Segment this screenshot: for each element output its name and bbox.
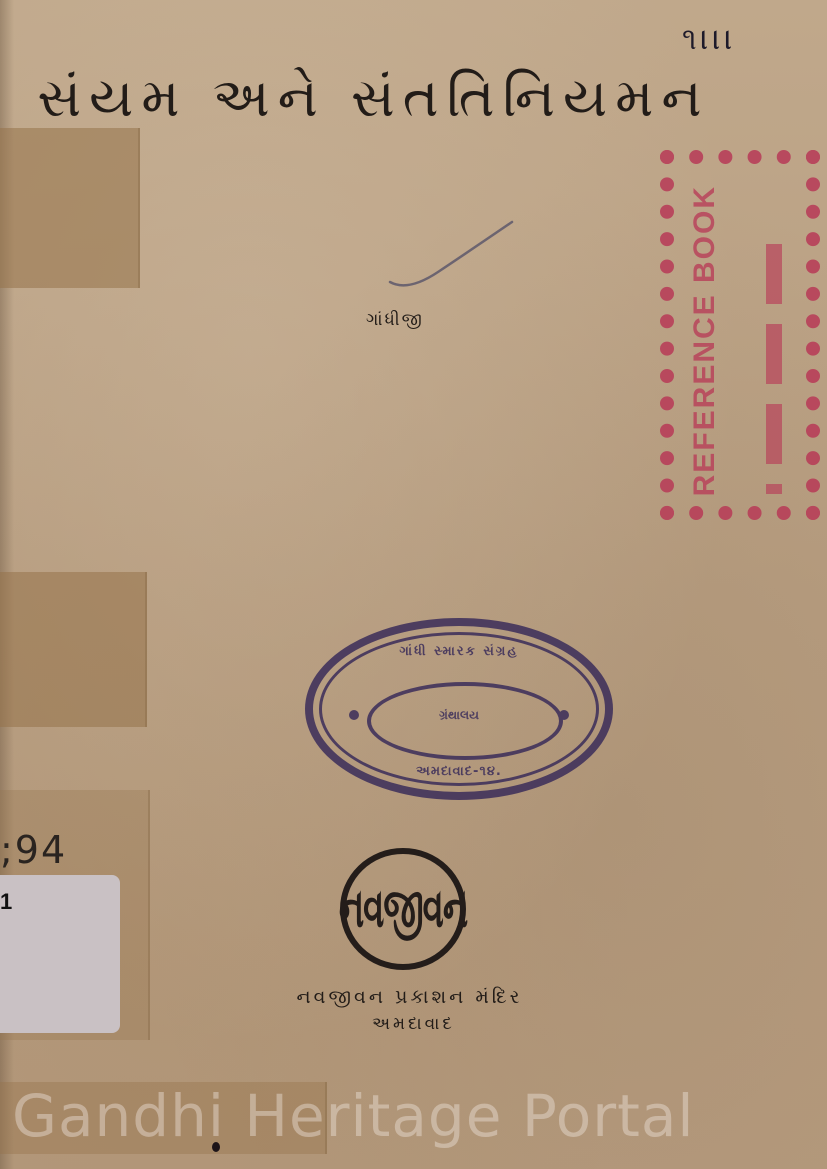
ink-spot bbox=[212, 1142, 220, 1152]
stamp-bar bbox=[766, 244, 782, 494]
author-name: ગાંધીજી bbox=[366, 310, 424, 330]
label-sticker-text: 1 bbox=[0, 889, 12, 915]
shelf-mark: ;94 bbox=[0, 828, 110, 872]
library-stamp-top-text: ગાંધી સ્મારક સંગ્રહ bbox=[313, 644, 605, 659]
navajivan-logo: નવજીવન bbox=[340, 848, 466, 970]
library-stamp-middle-text: ગ્રંથાલય bbox=[313, 708, 605, 723]
library-label-sticker: 1 bbox=[0, 875, 120, 1033]
publisher-name: નવજીવન પ્રકાશન મંદિર bbox=[0, 986, 827, 1008]
accession-number: ૧।।। bbox=[682, 22, 737, 57]
tape-strip bbox=[0, 128, 140, 288]
reference-book-stamp: REFERENCE BOOK bbox=[660, 150, 820, 520]
pencil-mark bbox=[388, 220, 514, 290]
library-stamp: ગાંધી સ્મારક સંગ્રહ ગ્રંથાલય અમદાવાદ-૧૪. bbox=[305, 618, 613, 800]
watermark: Gandhi Heritage Portal bbox=[12, 1082, 695, 1150]
library-stamp-bottom-text: અમદાવાદ-૧૪. bbox=[313, 764, 605, 779]
reference-stamp-text: REFERENCE BOOK bbox=[688, 185, 722, 496]
tape-strip bbox=[0, 572, 147, 727]
logo-text: નવજીવન bbox=[339, 877, 467, 941]
publisher-city: અમદાવાદ bbox=[0, 1014, 827, 1034]
book-title: સંયમ અને સંતતિનિયમન bbox=[0, 66, 827, 130]
